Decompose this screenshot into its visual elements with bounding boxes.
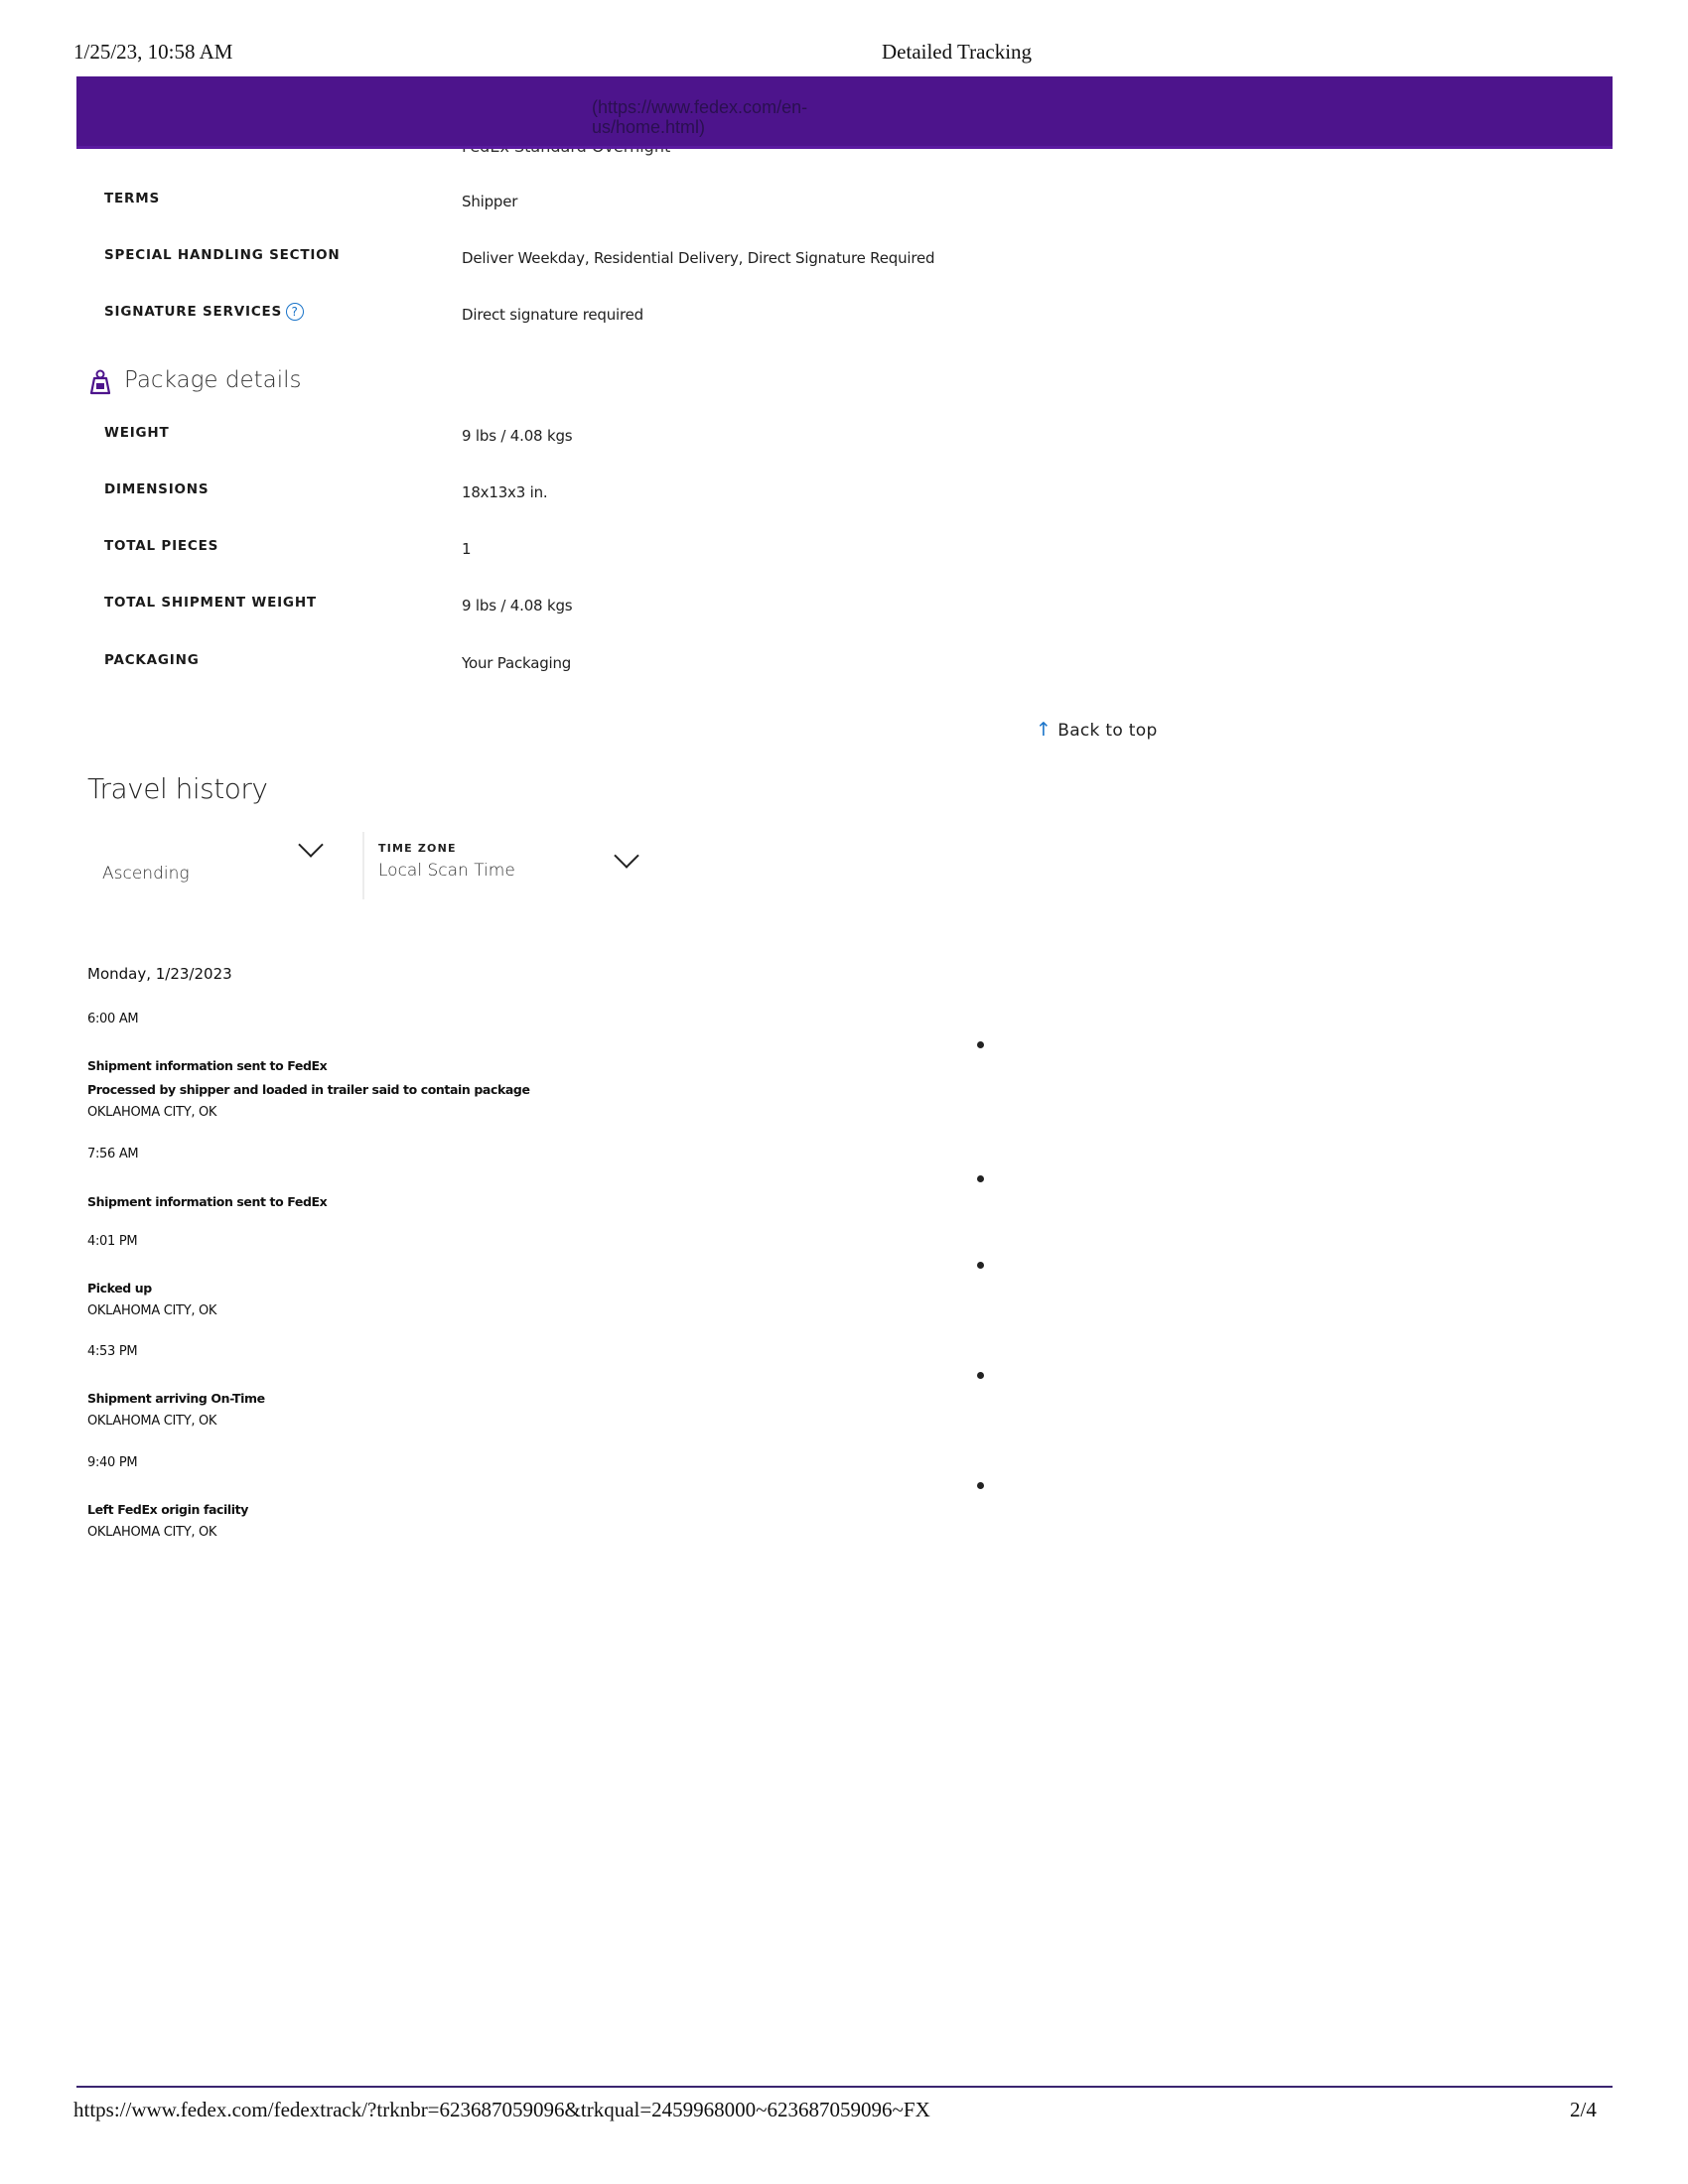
time-zone-value: Local Scan Time [378,861,515,881]
print-footer-url: https://www.fedex.com/fedextrack/?trknbr… [73,2098,930,2122]
weight-icon [89,369,111,399]
sort-order-dropdown[interactable]: Ascending [89,832,333,899]
chevron-down-icon [614,843,638,868]
package-details-heading: Package details [124,367,301,393]
special-handling-value: Deliver Weekday, Residential Delivery, D… [462,249,934,267]
event-time: 7:56 AM [87,1147,138,1161]
total-shipment-weight-value: 9 lbs / 4.08 kgs [462,597,572,614]
site-header-bar: (https://www.fedex.com/en-us/home.html) [76,76,1613,149]
timeline-dot [977,1175,984,1182]
total-pieces-label: TOTAL PIECES [104,538,218,554]
time-zone-dropdown[interactable]: TIME ZONE Local Scan Time [362,832,652,899]
event-location: OKLAHOMA CITY, OK [87,1303,216,1318]
special-handling-label: SPECIAL HANDLING SECTION [104,247,341,263]
weight-value: 9 lbs / 4.08 kgs [462,427,572,445]
dimensions-value: 18x13x3 in. [462,483,547,501]
print-datetime: 1/25/23, 10:58 AM [73,40,232,65]
print-page-number: 2/4 [1570,2098,1597,2122]
dimensions-label: DIMENSIONS [104,481,209,497]
timeline-dot [977,1041,984,1048]
packaging-value: Your Packaging [462,654,571,672]
total-shipment-weight-label: TOTAL SHIPMENT WEIGHT [104,595,317,611]
event-location: OKLAHOMA CITY, OK [87,1105,216,1120]
back-to-top-label: Back to top [1057,721,1157,741]
history-date: Monday, 1/23/2023 [87,965,232,983]
print-title: Detailed Tracking [882,40,1032,65]
event-time: 4:53 PM [87,1344,137,1359]
event-status: Picked up [87,1281,152,1296]
event-time: 6:00 AM [87,1012,138,1026]
footer-divider [76,2086,1613,2088]
event-status: Left FedEx origin facility [87,1502,248,1517]
signature-services-value: Direct signature required [462,306,643,324]
weight-label: WEIGHT [104,425,170,441]
chevron-down-icon [298,832,323,857]
question-circle-icon[interactable]: ? [286,303,304,321]
arrow-up-icon: ↑ [1036,719,1052,741]
terms-label: TERMS [104,191,160,206]
travel-history-heading: Travel history [87,772,267,805]
packaging-label: PACKAGING [104,652,200,668]
fedex-home-link[interactable]: (https://www.fedex.com/en-us/home.html) [592,97,840,137]
timeline-dot [977,1372,984,1379]
event-location: OKLAHOMA CITY, OK [87,1525,216,1540]
signature-services-text: SIGNATURE SERVICES [104,304,282,320]
event-location: OKLAHOMA CITY, OK [87,1414,216,1429]
total-pieces-value: 1 [462,540,471,558]
timeline-dot [977,1482,984,1489]
event-detail: Processed by shipper and loaded in trail… [87,1082,530,1097]
time-zone-label: TIME ZONE [378,842,457,855]
timeline-dot [977,1262,984,1269]
event-time: 9:40 PM [87,1455,137,1470]
event-status: Shipment information sent to FedEx [87,1194,327,1209]
event-status: Shipment information sent to FedEx [87,1058,327,1073]
event-time: 4:01 PM [87,1234,137,1249]
terms-value: Shipper [462,193,517,210]
event-status: Shipment arriving On-Time [87,1391,265,1406]
sort-order-value: Ascending [102,864,190,884]
signature-services-label: SIGNATURE SERVICES? [104,303,304,321]
back-to-top-link[interactable]: ↑Back to top [1036,719,1158,741]
